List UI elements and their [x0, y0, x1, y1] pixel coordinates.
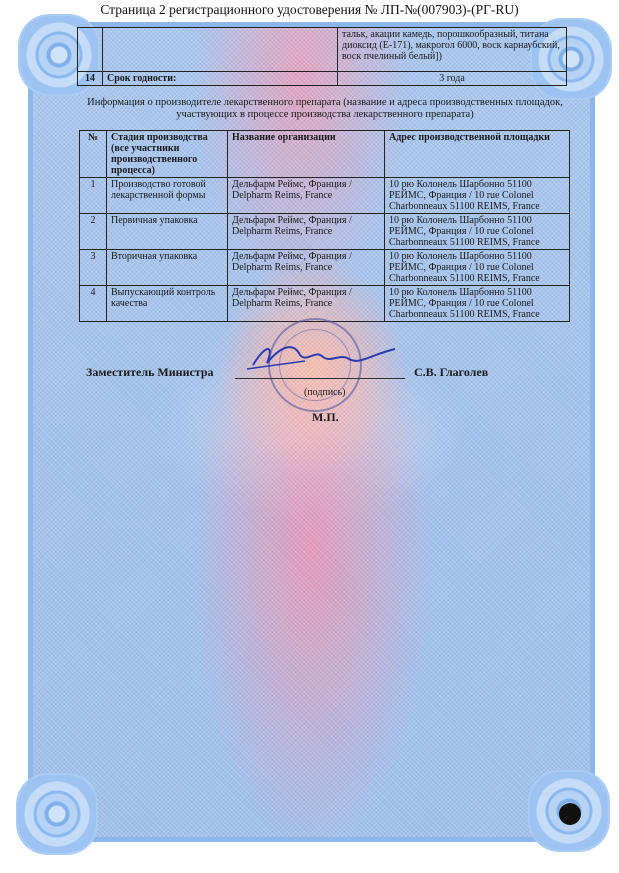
signature-caption: (подпись)	[304, 387, 346, 398]
row-number: 14	[78, 72, 103, 86]
cell-number: 3	[80, 250, 107, 286]
manufacturer-table: № Стадия производства (все участники про…	[79, 130, 570, 322]
cell-stage: Вторичная упаковка	[107, 250, 228, 286]
column-header-organization: Название организации	[228, 131, 385, 178]
signature-line	[235, 378, 405, 379]
cell-organization: Дельфарм Реймс, Франция / Delpharm Reims…	[228, 214, 385, 250]
cell-organization: Дельфарм Реймс, Франция / Delpharm Reims…	[228, 286, 385, 322]
column-header-stage: Стадия производства (все участники произ…	[107, 131, 228, 178]
table-row: 3 Вторичная упаковка Дельфарм Реймс, Фра…	[80, 250, 570, 286]
column-header-address: Адрес производственной площадки	[385, 131, 570, 178]
row-number	[78, 28, 103, 72]
cell-organization: Дельфарм Реймс, Франция / Delpharm Reims…	[228, 250, 385, 286]
table-row: 4 Выпускающий контроль качества Дельфарм…	[80, 286, 570, 322]
corner-rosette-bottom-right	[530, 772, 608, 850]
cell-address: 10 рю Колонель Шарбонно 51100 РЕЙМС, Фра…	[385, 250, 570, 286]
table-row: тальк, акации камедь, порошкообразный, т…	[78, 28, 567, 72]
shelf-life-value: 3 года	[338, 72, 567, 86]
column-header-number: №	[80, 131, 107, 178]
row-value: тальк, акации камедь, порошкообразный, т…	[338, 28, 567, 72]
cell-organization: Дельфарм Реймс, Франция / Delpharm Reims…	[228, 178, 385, 214]
cell-address: 10 рю Колонель Шарбонно 51100 РЕЙМС, Фра…	[385, 178, 570, 214]
cell-address: 10 рю Колонель Шарбонно 51100 РЕЙМС, Фра…	[385, 286, 570, 322]
page-title: Страница 2 регистрационного удостоверени…	[0, 2, 619, 18]
handwritten-signature-icon	[245, 335, 405, 375]
punch-hole	[559, 803, 581, 825]
row-label	[103, 28, 338, 72]
table-header-row: № Стадия производства (все участники про…	[80, 131, 570, 178]
cell-stage: Выпускающий контроль качества	[107, 286, 228, 322]
seal-caption: М.П.	[312, 410, 339, 425]
row-label: Срок годности:	[103, 72, 338, 86]
table-row: 14 Срок годности: 3 года	[78, 72, 567, 86]
signatory-position: Заместитель Министра	[86, 365, 214, 380]
signatory-name: С.В. Глаголев	[414, 365, 488, 380]
table-row: 2 Первичная упаковка Дельфарм Реймс, Фра…	[80, 214, 570, 250]
cell-address: 10 рю Колонель Шарбонно 51100 РЕЙМС, Фра…	[385, 214, 570, 250]
cell-stage: Первичная упаковка	[107, 214, 228, 250]
composition-table: тальк, акации камедь, порошкообразный, т…	[77, 27, 567, 86]
cell-number: 1	[80, 178, 107, 214]
table-row: 1 Производство готовой лекарственной фор…	[80, 178, 570, 214]
cell-stage: Производство готовой лекарственной формы	[107, 178, 228, 214]
cell-number: 2	[80, 214, 107, 250]
cell-number: 4	[80, 286, 107, 322]
corner-rosette-bottom-left	[18, 775, 96, 853]
manufacturer-info-heading: Информация о производителе лекарственног…	[80, 97, 570, 121]
